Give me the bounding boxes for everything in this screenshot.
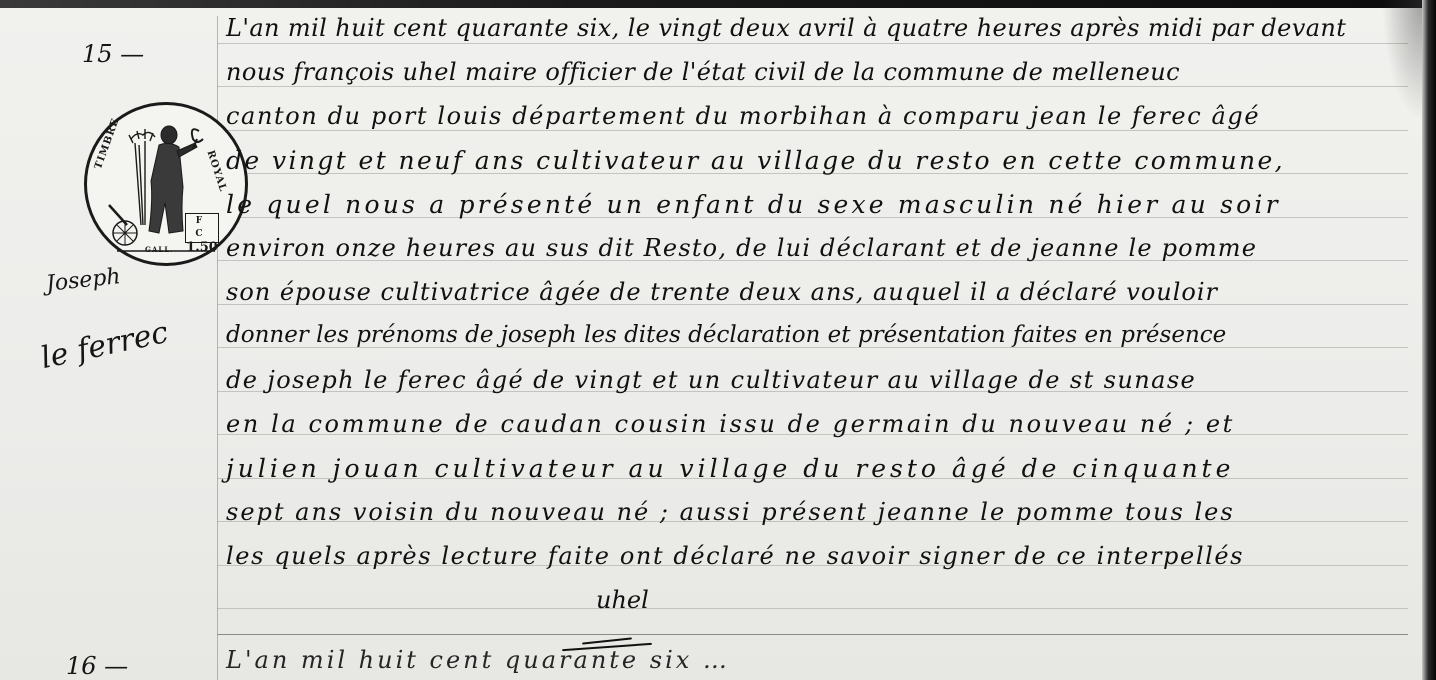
record-line-6: environ onze heures au sus dit Resto, de… — [226, 234, 1257, 262]
next-entry-number: 16 — — [66, 652, 128, 680]
margin-name-last: le ferrec — [38, 315, 171, 376]
stamp-engraver: GALL. — [145, 245, 174, 254]
record-line-3: canton du port louis département du morb… — [226, 102, 1260, 130]
scan-top-edge — [0, 0, 1436, 8]
stamp-value: 1.50 — [186, 240, 218, 255]
ruled-line — [217, 86, 1408, 87]
record-line-1: L'an mil huit cent quarante six, le ving… — [226, 14, 1346, 42]
stamp-denomination: F C 1.50 — [185, 213, 219, 243]
record-line-7: son épouse cultivatrice âgée de trente d… — [226, 278, 1218, 306]
timbre-royal-stamp: TIMBRE ROYAL F C 1.50 GALL. — [84, 102, 248, 266]
ruled-line — [217, 130, 1408, 131]
record-line-13: les quels après lecture faite ont déclar… — [226, 542, 1244, 570]
record-line-2: nous françois uhel maire officier de l'é… — [226, 58, 1180, 86]
record-line-8: donner les prénoms de joseph les dites d… — [226, 322, 1226, 348]
ruled-line — [217, 608, 1408, 609]
margin-name-first: Joseph — [45, 264, 122, 297]
mayor-signature: uhel — [596, 586, 649, 614]
stamp-unit: F C — [186, 215, 218, 241]
ruled-line — [217, 43, 1408, 44]
record-line-4: de vingt et neuf ans cultivateur au vill… — [226, 146, 1285, 175]
record-line-9: de joseph le ferec âgé de vingt et un cu… — [226, 366, 1196, 394]
record-line-10: en la commune de caudan cousin issu de g… — [226, 410, 1235, 438]
scan-shadow — [1382, 0, 1422, 120]
scan-right-edge — [1422, 0, 1436, 680]
next-entry-text: L'an mil huit cent quarante six … — [226, 646, 730, 674]
register-page: 15 — TIMB — [0, 6, 1422, 680]
entry-number: 15 — — [82, 40, 144, 68]
record-line-5: le quel nous a présenté un enfant du sex… — [226, 190, 1281, 219]
entry-separator — [217, 634, 1408, 635]
record-line-11: julien jouan cultivateur au village du r… — [226, 454, 1234, 483]
signature-flourish — [582, 637, 632, 644]
record-line-12: sept ans voisin du nouveau né ; aussi pr… — [226, 498, 1235, 526]
